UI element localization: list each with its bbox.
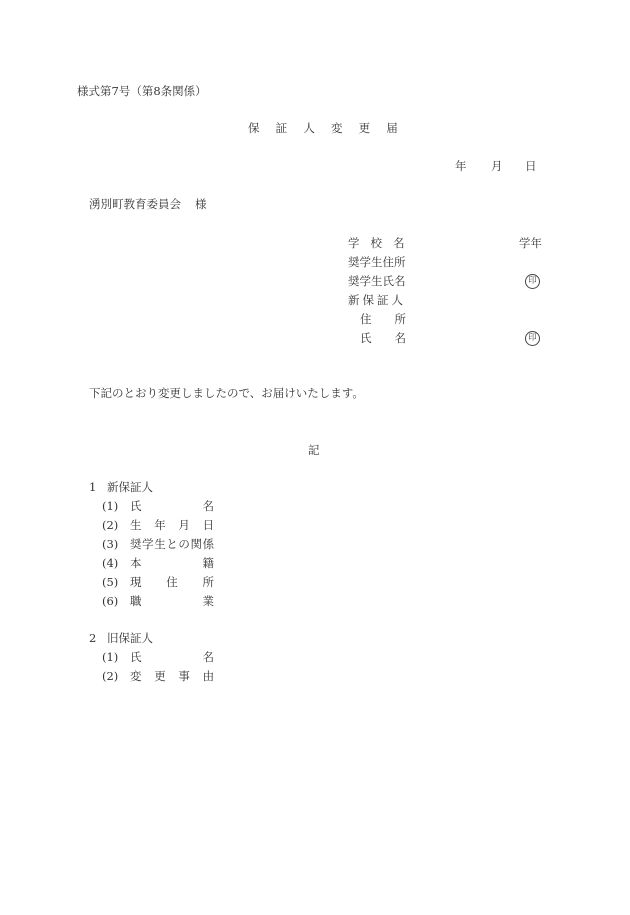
grade-label: 学年	[519, 237, 542, 249]
section-number: 1	[89, 482, 107, 494]
title-char: 証	[276, 123, 288, 135]
guarantor-address-row: 住所	[348, 313, 542, 332]
field-label: 本 籍	[130, 558, 214, 570]
form-number: 様式第7号（第8条関係）	[77, 86, 207, 98]
section-new-guarantor: 1新保証人 (1)氏 名 (2)生 年 月 日 (3)奨学生との関係 (4)本 …	[89, 482, 214, 615]
new-guarantor-row: 新保証人	[348, 294, 542, 313]
guarantor-address-label: 住所	[348, 313, 406, 325]
field-label: 生 年 月 日	[130, 520, 214, 532]
date-day-label: 日	[525, 161, 537, 173]
notice-text: 下記のとおり変更しましたので、お届けいたします。	[89, 388, 364, 400]
document-title: 保 証 人 変 更 届	[248, 123, 410, 135]
title-char: 届	[386, 123, 398, 135]
title-char: 更	[359, 123, 371, 135]
student-address-row: 奨学生住所	[348, 256, 542, 275]
addressee: 湧別町教育委員会様	[89, 199, 207, 211]
ki-heading: 記	[308, 445, 320, 457]
school-name-label: 学校名	[348, 237, 416, 249]
student-address-label: 奨学生住所	[348, 256, 406, 268]
date-month-label: 月	[491, 161, 525, 173]
date-year-label: 年	[455, 161, 491, 173]
seal-icon: 印	[525, 274, 540, 289]
school-name-row: 学校名 学年	[348, 237, 542, 256]
addressee-name: 湧別町教育委員会	[89, 197, 181, 211]
addressee-honorific: 様	[195, 197, 207, 211]
guarantor-name-label: 氏名	[348, 332, 406, 344]
field-label: 現 住 所	[130, 577, 214, 589]
title-char: 人	[303, 123, 315, 135]
field-label: 職 業	[130, 596, 214, 608]
section-title: 旧保証人	[107, 631, 153, 645]
section-number: 2	[89, 633, 107, 645]
title-char: 保	[248, 123, 260, 135]
field-label: 氏 名	[130, 652, 214, 664]
applicant-block: 学校名 学年 奨学生住所 奨学生氏名 印 新保証人 住所 氏名 印	[348, 237, 542, 351]
guarantor-name-row: 氏名 印	[348, 332, 542, 351]
field-label: 氏 名	[130, 501, 214, 513]
field-label: 変 更 事 由	[130, 671, 214, 683]
field-label: 奨学生との関係	[130, 539, 214, 551]
student-name-row: 奨学生氏名 印	[348, 275, 542, 294]
date-line: 年月日	[455, 161, 537, 173]
new-guarantor-label: 新保証人	[348, 294, 406, 306]
list-item: (6)職 業	[102, 596, 214, 615]
title-char: 変	[331, 123, 343, 135]
student-name-label: 奨学生氏名	[348, 275, 406, 287]
section-title: 新保証人	[107, 480, 153, 494]
seal-icon: 印	[525, 331, 540, 346]
list-item: (2)変 更 事 由	[102, 671, 214, 690]
section-old-guarantor: 2旧保証人 (1)氏 名 (2)変 更 事 由	[89, 633, 214, 690]
